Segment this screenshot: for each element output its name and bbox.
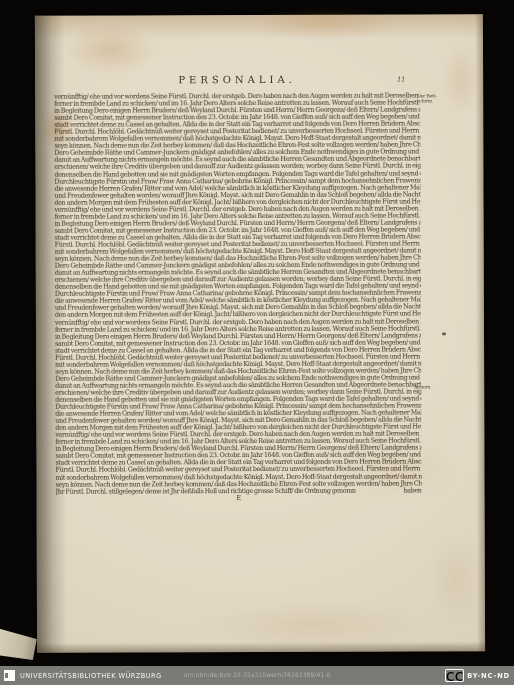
marginal-note-line: schirm. — [417, 99, 451, 104]
scanned-page: PERSONALIA. 11 Der Bett- schirm. fernern… — [35, 14, 485, 653]
body-last-line: Jhr Fürstl. Durchl. stillgelegen/ deme i… — [56, 487, 356, 495]
watermark-footer-bar: UNIVERSITÄTSBIBLIOTHEK WÜRZBURG urn:nbn:… — [0, 666, 514, 685]
creative-commons-icon: cc — [445, 669, 464, 682]
catchword: haben — [403, 487, 421, 494]
urn-label: urn:nbn:de:bvb:20-35a315werm76162389/41-… — [0, 673, 514, 679]
ink-speck — [442, 332, 446, 335]
page-number: 11 — [397, 75, 421, 83]
underlying-page-edges — [0, 622, 40, 660]
marginal-note: Der Bett- schirm. — [417, 94, 451, 104]
signature-mark: E — [56, 494, 422, 503]
license-label: BY-NC-ND — [467, 672, 510, 680]
body-text-lines: vernünfftig/ ehe und vor wordens Seine F… — [54, 92, 421, 488]
page-bottom-edge-shadow — [37, 641, 485, 653]
page-right-edge-shadow — [475, 14, 485, 651]
body-text-block: vernünfftig/ ehe und vor wordens Seine F… — [54, 92, 421, 502]
license-badge: cc BY-NC-ND — [445, 669, 510, 682]
running-head-personalia: PERSONALIA. — [54, 74, 420, 86]
page-top-foxing — [35, 14, 483, 40]
cc-circle-icon: cc — [446, 666, 464, 685]
